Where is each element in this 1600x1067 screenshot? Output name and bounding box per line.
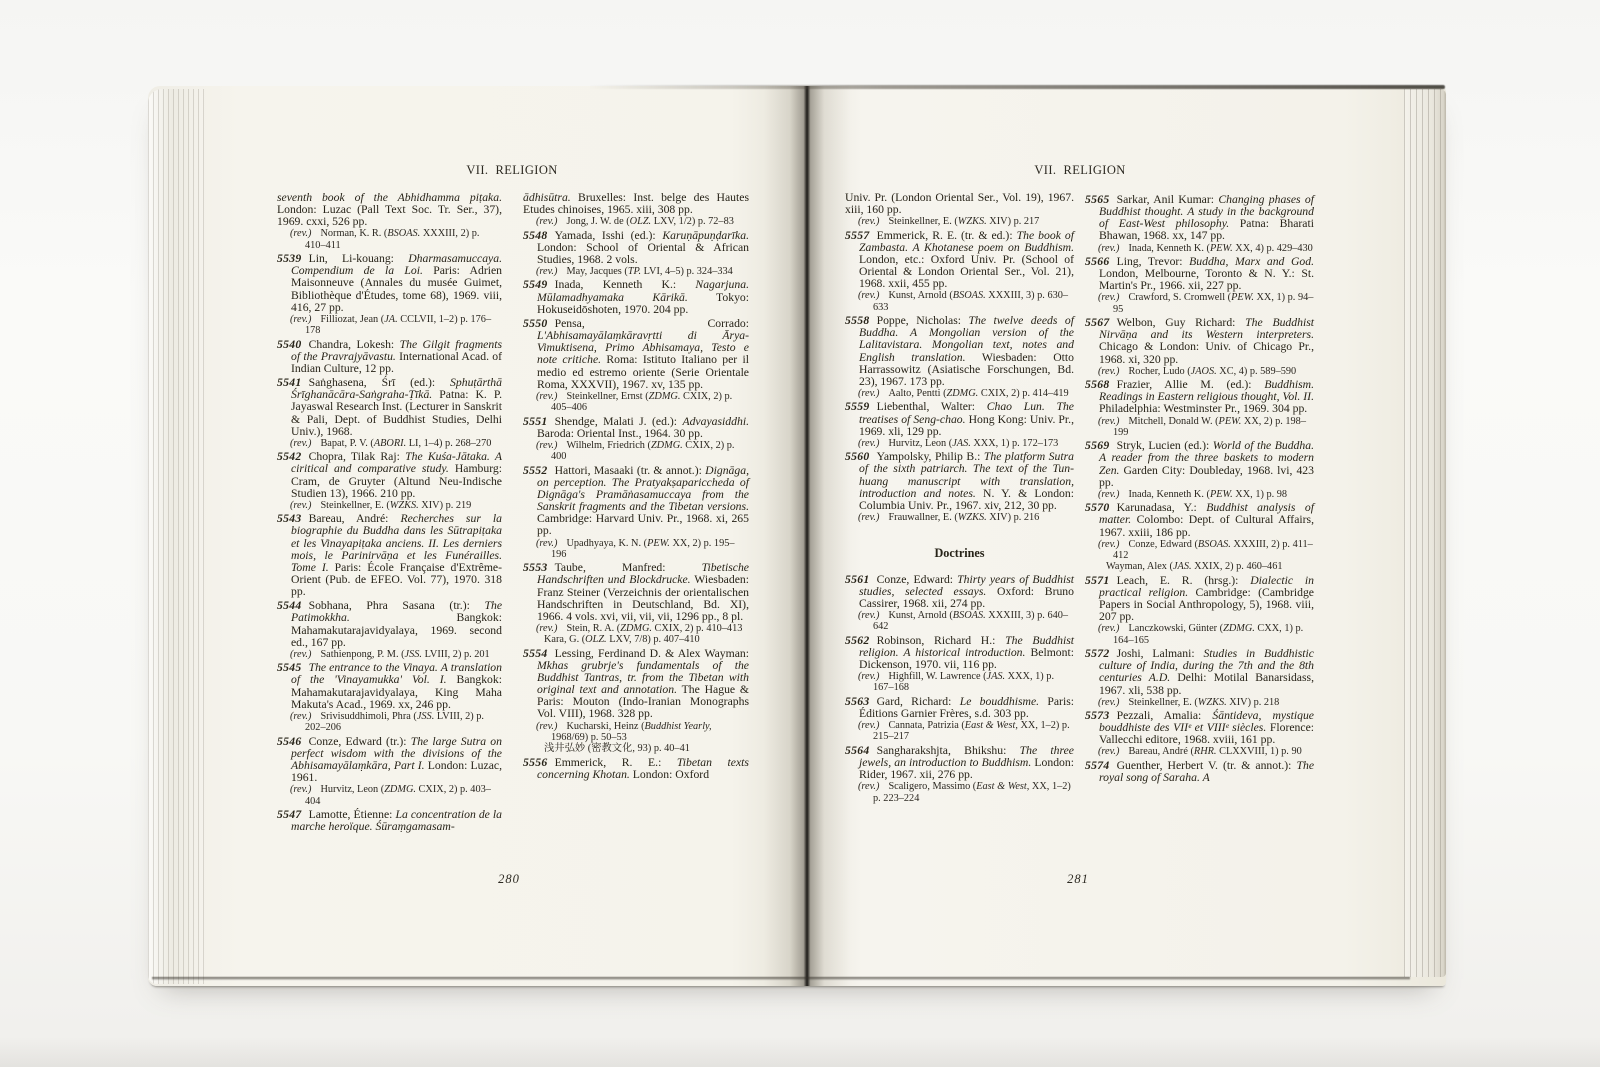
review-line: (rev.)Steinkellner, E. (WZKS. XIV) p. 21… [277, 500, 502, 511]
text-segment: 5560 [845, 450, 870, 463]
text-segment: ZDMG. [649, 391, 681, 402]
text-segment: ABORI. [374, 438, 406, 449]
text-segment: Emmerick, R. E.: [555, 756, 677, 769]
text-segment: (rev.) [858, 216, 879, 227]
text-segment: Le bouddhisme. [960, 695, 1039, 708]
text-segment: XC, 4) p. 589–590 [1217, 366, 1297, 377]
text-segment: (rev.) [858, 720, 879, 731]
text-segment: Kucharski, Heinz ( [566, 721, 644, 732]
text-segment: (rev.) [536, 538, 557, 549]
text-segment: Cannata, Patrizia ( [888, 720, 964, 731]
text-segment: 1968/69) p. 50–53 [551, 732, 627, 743]
bibliography-entry: 5552Hattori, Masaaki (tr. & annot.): Dig… [523, 465, 749, 538]
review-line: (rev.)Aalto, Pentti (ZDMG. CXIX, 2) p. 4… [845, 388, 1074, 399]
text-segment: 5551 [523, 415, 548, 428]
review-line: (rev.)Norman, K. R. (BSOAS. XXXIII, 2) p… [277, 228, 502, 251]
right-page-edge-stack [1404, 89, 1446, 977]
text-segment: Frauwallner, E. ( [888, 512, 957, 523]
text-segment: ādhisūtra. [523, 191, 571, 204]
bibliography-entry: 5541Saṅghasena, Śrī (ed.): Sphuṭārthā Śr… [277, 377, 502, 438]
text-segment: 5566 [1085, 255, 1110, 268]
text-segment: (rev.) [1098, 489, 1119, 500]
text-segment: 5568 [1085, 378, 1110, 391]
text-segment: Sathienpong, P. M. ( [320, 649, 404, 660]
text-segment: LVI, 4–5) p. 324–334 [641, 266, 733, 277]
review-line: (rev.)Steinkellner, E. (WZKS. XIV) p. 21… [1085, 697, 1314, 708]
text-segment: Lessing, Ferdinand D. & Alex Wayman: [555, 647, 749, 660]
text-segment: Lamotte, Étienne: [309, 808, 396, 821]
text-segment: PEW. [647, 538, 670, 549]
text-segment: Hattori, Masaaki (tr. & annot.): [555, 464, 706, 477]
bibliography-entry: 5545The entrance to the Vinaya. A transl… [277, 662, 502, 711]
text-segment: Leach, E. R. (hrsg.): [1117, 574, 1251, 587]
review-line: (rev.)Kunst, Arnold (BSOAS. XXXIII, 3) p… [845, 610, 1074, 633]
review-line: (rev.)Sathienpong, P. M. (JSS. LVIII, 2)… [277, 649, 502, 660]
text-segment: 5546 [277, 735, 302, 748]
text-segment: Philadelphia: Westminster Pr., 1969. 304… [1099, 402, 1307, 415]
bibliography-entry: 5544Sobhana, Phra Sasana (tr.): The Pati… [277, 600, 502, 649]
text-segment: Wayman, Alex ( [1106, 561, 1173, 572]
text-segment: Inada, Kenneth K. ( [1128, 243, 1210, 254]
bibliography-entry: 5540Chandra, Lokesh: The Gilgit fragment… [277, 339, 502, 375]
text-segment: Steinkellner, E. ( [888, 216, 957, 227]
bibliography-entry: 5567Welbon, Guy Richard: The Buddhist Ni… [1085, 317, 1314, 366]
text-segment: LXV, 7/8) p. 407–410 [607, 634, 700, 645]
text-segment: (rev.) [536, 623, 557, 634]
text-segment: 5548 [523, 229, 548, 242]
review-line: (rev.)Upadhyaya, K. N. (PEW. XX, 2) p. 1… [523, 538, 749, 561]
text-segment: Pezzali, Amalia: [1117, 709, 1213, 722]
text-segment: Emmerick, R. E. (tr. & ed.): [877, 229, 1017, 242]
text-segment: PEW. [1210, 243, 1233, 254]
text-segment: Buddha, Marx and God. [1189, 255, 1314, 268]
book-gutter-shadow [764, 86, 850, 986]
text-segment: London: Oxford [630, 768, 709, 781]
text-segment: Conze, Edward: [877, 573, 958, 586]
text-segment: (rev.) [1098, 292, 1119, 303]
review-line: (rev.)Kunst, Arnold (BSOAS. XXXIII, 3) p… [845, 290, 1074, 313]
text-segment: Pensa, Corrado: [555, 317, 749, 330]
text-segment: (rev.) [858, 610, 879, 621]
text-segment: London: School of Oriental & African Stu… [537, 241, 749, 266]
bibliography-entry: 5549Inada, Kenneth K.: Nagarjuna. Mūlama… [523, 279, 749, 315]
review-line: (rev.)Cannata, Patrizia (East & West, XX… [845, 720, 1074, 743]
text-segment: Lin, Li-kouang: [309, 252, 409, 265]
text-segment: 5550 [523, 317, 548, 330]
text-segment: JAS. [987, 671, 1006, 682]
bibliography-entry: 5561Conze, Edward: Thirty years of Buddh… [845, 574, 1074, 610]
text-segment: JA. [384, 314, 397, 325]
review-line: (rev.)May, Jacques (TP. LVI, 4–5) p. 324… [523, 266, 749, 277]
text-segment: Colombo: Dept. of Cultural Affairs, 1967… [1099, 513, 1314, 538]
text-segment: XIV) p. 218 [1227, 697, 1280, 708]
text-segment: Cambridge: Harvard Univ. Pr., 1968. xi, … [537, 512, 749, 537]
text-segment: Buddhist Yearly, [645, 721, 712, 732]
text-segment: Shendge, Malati J. (ed.): [555, 415, 683, 428]
review-line: (rev.)Scaligero, Massimo (East & West, X… [845, 781, 1074, 804]
review-line: (rev.)Stein, R. A. (ZDMG. CXIX, 2) p. 41… [523, 623, 749, 634]
bibliography-entry: 5571Leach, E. R. (hrsg.): Dialectic in p… [1085, 575, 1314, 624]
text-segment: 5572 [1085, 647, 1110, 660]
text-segment: Stryk, Lucien (ed.): [1117, 439, 1213, 452]
text-segment: 5542 [277, 450, 302, 463]
text-segment: WZKS. [958, 512, 987, 523]
text-segment: (rev.) [1098, 539, 1119, 550]
text-segment: Taube, Manfred: [555, 561, 702, 574]
text-segment: WZKS. [958, 216, 987, 227]
text-segment: Inada, Kenneth K.: [555, 278, 696, 291]
text-segment: Crawford, S. Cromwell ( [1128, 292, 1231, 303]
bibliography-entry: 5557Emmerick, R. E. (tr. & ed.): The boo… [845, 230, 1074, 291]
text-segment: Hurvitz, Leon ( [320, 784, 384, 795]
text-segment: 5570 [1085, 501, 1110, 514]
text-segment: JSS. [417, 711, 434, 722]
text-segment: (rev.) [536, 391, 557, 402]
text-segment: PEW. [1210, 489, 1233, 500]
text-segment: XIV) p. 219 [419, 500, 472, 511]
review-line: (rev.)Bareau, André (RHR. CLXXVIII, 1) p… [1085, 746, 1314, 757]
text-segment: Welbon, Guy Richard: [1117, 316, 1246, 329]
review-line: (rev.)Bapat, P. V. (ABORI. LI, 1–4) p. 2… [277, 438, 502, 449]
text-segment: seventh book of the Abhidhamma piṭaka. [277, 191, 502, 204]
entry-continuation: seventh book of the Abhidhamma piṭaka. L… [277, 192, 502, 228]
text-segment: (rev.) [536, 266, 557, 277]
text-segment: (rev.) [1098, 243, 1119, 254]
text-segment: 5545 [277, 661, 302, 674]
review-line: (rev.)Srivisuddhimoli, Phra (JSS. LVIII,… [277, 711, 502, 734]
review-line: (rev.)Wilhelm, Friedrich (ZDMG. CXIX, 2)… [523, 440, 749, 463]
bibliography-entry: 5563Gard, Richard: Le bouddhisme. Paris:… [845, 696, 1074, 720]
text-segment: (rev.) [858, 290, 879, 301]
bibliography-entry: 5558Poppe, Nicholas: The twelve deeds of… [845, 315, 1074, 388]
text-segment: Bapat, P. V. ( [320, 438, 373, 449]
text-segment: Inada, Kenneth K. ( [1128, 489, 1210, 500]
bibliography-entry: 5553Taube, Manfred: Tibetische Handschri… [523, 562, 749, 623]
bibliography-entry: 5539Lin, Li-kouang: Dharmasamuccaya. Com… [277, 253, 502, 314]
text-segment: BSOAS. [1198, 539, 1231, 550]
text-segment: ZDMG. [1223, 623, 1255, 634]
bibliography-entry: 5565Sarkar, Anil Kumar: Changing phases … [1085, 194, 1314, 243]
entry-continuation: ādhisūtra. Bruxelles: Inst. belge des Ha… [523, 192, 749, 216]
text-segment: Jong, J. W. de ( [566, 216, 629, 227]
text-segment: Hurvitz, Leon ( [888, 438, 952, 449]
bibliography-entry: 5566Ling, Trevor: Buddha, Marx and God. … [1085, 256, 1314, 292]
text-segment: Chandra, Lokesh: [309, 338, 400, 351]
entry-continuation: Univ. Pr. (London Oriental Ser., Vol. 19… [845, 192, 1074, 216]
text-segment: London, etc.: Oxford Univ. Pr. (School o… [859, 253, 1074, 290]
text-segment: XX, 4) p. 429–430 [1233, 243, 1313, 254]
bibliography-entry: 5574Guenther, Herbert V. (tr. & annot.):… [1085, 760, 1314, 784]
text-segment: Upadhyaya, K. N. ( [566, 538, 647, 549]
left-page-column-1: seventh book of the Abhidhamma piṭaka. L… [277, 192, 502, 833]
text-segment: ZDMG. [651, 440, 683, 451]
text-segment: Univ. Pr. (London Oriental Ser., Vol. 19… [845, 191, 1074, 216]
bibliography-entry: 5568Frazier, Allie M. (ed.): Buddhism. R… [1085, 379, 1314, 415]
text-segment: Yamada, Isshi (ed.): [555, 229, 663, 242]
text-segment: Sangharakshjta, Bhikshu: [877, 744, 1020, 757]
review-line: (rev.)Mitchell, Donald W. (PEW. XX, 2) p… [1085, 416, 1314, 439]
text-segment: Gard, Richard: [877, 695, 960, 708]
text-segment: 5556 [523, 756, 548, 769]
review-line: (rev.)Kucharski, Heinz (Buddhist Yearly,… [523, 721, 749, 744]
text-segment: JAS. [952, 438, 971, 449]
text-segment: East & West, [976, 781, 1029, 792]
review-line: (rev.)Frauwallner, E. (WZKS. XIV) p. 216 [845, 512, 1074, 523]
left-page-column-2: ādhisūtra. Bruxelles: Inst. belge des Ha… [523, 192, 749, 781]
review-line: (rev.)Hurvitz, Leon (JAS. XXX, 1) p. 172… [845, 438, 1074, 449]
bibliography-entry: 5550Pensa, Corrado: L'Abhisamayālaṃkārav… [523, 318, 749, 391]
text-segment: Doctrines [934, 546, 984, 560]
bibliography-entry: 5572Joshi, Lalmani: Studies in Buddhisti… [1085, 648, 1314, 697]
text-segment: WZKS. [1198, 697, 1227, 708]
book-bottom-edge [152, 977, 1410, 980]
text-segment: 5563 [845, 695, 870, 708]
review-line: (rev.)Highfill, W. Lawrence (JAS. XXX, 1… [845, 671, 1074, 694]
text-segment: XX, 1) p. 98 [1233, 489, 1287, 500]
text-segment: Srivisuddhimoli, Phra ( [320, 711, 416, 722]
text-segment: ZDMG. [620, 623, 652, 634]
text-segment: (rev.) [858, 512, 879, 523]
review-line: (rev.)Lanczkowski, Günter (ZDMG. CXX, 1)… [1085, 623, 1314, 646]
running-head-right: VII. RELIGION [845, 163, 1315, 178]
text-segment: Filliozat, Jean ( [320, 314, 384, 325]
review-line: (rev.)Hurvitz, Leon (ZDMG. CXIX, 2) p. 4… [277, 784, 502, 807]
text-segment: XIV) p. 217 [987, 216, 1040, 227]
right-page-column-1: Univ. Pr. (London Oriental Ser., Vol. 19… [845, 192, 1074, 804]
text-segment: 浅井弘妙 (密教文化, 93) p. 40–41 [544, 743, 690, 754]
text-segment: PEW. [1231, 292, 1254, 303]
page-number-left: 280 [274, 872, 744, 887]
text-segment: 5553 [523, 561, 548, 574]
text-segment: East & West, [965, 720, 1018, 731]
review-line: (rev.)Conze, Edward (BSOAS. XXXIII, 2) p… [1085, 539, 1314, 562]
bibliography-entry: 5556Emmerick, R. E.: Tibetan texts conce… [523, 757, 749, 781]
text-segment: (rev.) [536, 216, 557, 227]
text-segment: 5574 [1085, 759, 1110, 772]
text-segment: 5540 [277, 338, 302, 351]
text-segment: 5554 [523, 647, 548, 660]
text-segment: Scaligero, Massimo ( [888, 781, 976, 792]
review-line: (rev.)Steinkellner, E. (WZKS. XIV) p. 21… [845, 216, 1074, 227]
bibliography-entry: 5548Yamada, Isshi (ed.): Karuṇāpuṇḍarīka… [523, 230, 749, 266]
bibliography-entry: 5564Sangharakshjta, Bhikshu: The three j… [845, 745, 1074, 781]
text-segment: CXIX, 2) p. 410–413 [652, 623, 742, 634]
text-segment: 5549 [523, 278, 548, 291]
text-segment: Karunadasa, Y.: [1117, 501, 1207, 514]
text-segment: 5567 [1085, 316, 1110, 329]
text-segment: May, Jacques ( [566, 266, 627, 277]
text-segment: Highfill, W. Lawrence ( [888, 671, 986, 682]
text-segment: WZKS. [390, 500, 419, 511]
review-line: (rev.)Jong, J. W. de (OLZ. LXV, 1/2) p. … [523, 216, 749, 227]
text-segment: Conze, Edward (tr.): [309, 735, 411, 748]
text-segment: BSOAS. [953, 290, 986, 301]
text-segment: Kara, G. ( [544, 634, 585, 645]
text-segment: Baroda: Oriental Inst., 1964. 30 pp. [537, 427, 703, 440]
review-line-secondary: 浅井弘妙 (密教文化, 93) p. 40–41 [523, 743, 749, 754]
running-head-left: VII. RELIGION [277, 163, 747, 178]
text-segment: LI, 1–4) p. 268–270 [406, 438, 491, 449]
review-line: (rev.)Rocher, Ludo (JAOS. XC, 4) p. 589–… [1085, 366, 1314, 377]
text-segment: 5571 [1085, 574, 1110, 587]
text-segment: Kunst, Arnold ( [888, 610, 952, 621]
text-segment: (rev.) [1098, 416, 1119, 427]
page-number-right: 281 [843, 872, 1313, 887]
review-line-secondary: Wayman, Alex (JAS. XXIX, 2) p. 460–461 [1085, 561, 1314, 572]
bibliography-entry: 5573Pezzali, Amalia: Śāntideva, mystique… [1085, 710, 1314, 746]
text-segment: (rev.) [858, 438, 879, 449]
text-segment: OLZ. [585, 634, 606, 645]
bibliography-entry: 5551Shendge, Malati J. (ed.): Advayasidd… [523, 416, 749, 440]
text-segment: 5547 [277, 808, 302, 821]
text-segment: Ling, Trevor: [1117, 255, 1190, 268]
text-segment: (rev.) [536, 721, 557, 732]
right-page-column-2: 5565Sarkar, Anil Kumar: Changing phases … [1085, 192, 1314, 784]
text-segment: LXV, 1/2) p. 72–83 [651, 216, 734, 227]
text-segment: RHR. [1194, 746, 1217, 757]
text-segment: Aalto, Pentti ( [888, 388, 946, 399]
text-segment: Sarkar, Anil Kumar: [1117, 193, 1219, 206]
text-segment: Steinkellner, E. ( [1128, 697, 1197, 708]
bibliography-entry: 5554Lessing, Ferdinand D. & Alex Wayman:… [523, 648, 749, 721]
text-segment: PEW. [1219, 416, 1242, 427]
text-segment: LVIII, 2) p. 201 [422, 649, 490, 660]
bibliography-entry: 5543Bareau, André: Recherches sur la bio… [277, 513, 502, 598]
text-segment: Frazier, Allie M. (ed.): [1117, 378, 1265, 391]
text-segment: Chopra, Tilak Raj: [309, 450, 406, 463]
text-segment: 5564 [845, 744, 870, 757]
text-segment: JAS. [1173, 561, 1192, 572]
text-segment: Yampolsky, Philip B.: [877, 450, 984, 463]
text-segment: (rev.) [290, 314, 311, 325]
text-segment: Joshi, Lalmani: [1117, 647, 1204, 660]
bibliography-entry: 5562Robinson, Richard H.: The Buddhist r… [845, 635, 1074, 671]
text-segment: Robinson, Richard H.: [877, 634, 1006, 647]
text-segment: Kunst, Arnold ( [888, 290, 952, 301]
text-segment: (rev.) [858, 388, 879, 399]
text-segment: (rev.) [290, 711, 311, 722]
text-segment: 5544 [277, 599, 302, 612]
left-page-edge-stack [148, 89, 204, 984]
text-segment: (rev.) [1098, 623, 1119, 634]
text-segment: 5562 [845, 634, 870, 647]
text-segment: XXX, 1) p. 172–173 [971, 438, 1059, 449]
text-segment: Mitchell, Donald W. ( [1128, 416, 1218, 427]
bibliography-entry: 5569Stryk, Lucien (ed.): World of the Bu… [1085, 440, 1314, 489]
review-line: (rev.)Inada, Kenneth K. (PEW. XX, 1) p. … [1085, 489, 1314, 500]
text-segment: ZDMG. [947, 388, 979, 399]
text-segment: CXIX, 2) p. 414–419 [978, 388, 1068, 399]
text-segment: 5565 [1085, 193, 1110, 206]
text-segment: Lanczkowski, Günter ( [1128, 623, 1223, 634]
text-segment: JAOS. [1191, 366, 1217, 377]
review-line: (rev.)Inada, Kenneth K. (PEW. XX, 4) p. … [1085, 243, 1314, 254]
text-segment: (rev.) [858, 781, 879, 792]
text-segment: (rev.) [1098, 366, 1119, 377]
text-segment: 5573 [1085, 709, 1110, 722]
review-line: (rev.)Steinkellner, Ernst (ZDMG. CXIX, 2… [523, 391, 749, 414]
review-line: (rev.)Crawford, S. Cromwell (PEW. XX, 1)… [1085, 292, 1314, 315]
text-segment: (rev.) [290, 649, 311, 660]
text-segment: Steinkellner, Ernst ( [566, 391, 648, 402]
text-segment: (rev.) [1098, 746, 1119, 757]
text-segment: (rev.) [290, 438, 311, 449]
bibliography-entry: 5570Karunadasa, Y.: Buddhist analysis of… [1085, 502, 1314, 538]
text-segment: Sobhana, Phra Sasana (tr.): [309, 599, 485, 612]
text-segment: (rev.) [1098, 697, 1119, 708]
text-segment: TP. [628, 266, 641, 277]
text-segment: Stein, R. A. ( [566, 623, 620, 634]
text-segment: Conze, Edward ( [1128, 539, 1197, 550]
text-segment: Steinkellner, E. ( [320, 500, 389, 511]
text-segment: 5561 [845, 573, 870, 586]
text-segment: 5559 [845, 400, 870, 413]
text-segment: CLXXVIII, 1) p. 90 [1217, 746, 1302, 757]
text-segment: Guenther, Herbert V. (tr. & annot.): [1117, 759, 1297, 772]
text-segment: Wilhelm, Friedrich ( [566, 440, 651, 451]
text-segment: London, Melbourne, Toronto & N. Y.: St. … [1099, 267, 1314, 292]
bibliography-entry: 5546Conze, Edward (tr.): The large Sutra… [277, 736, 502, 785]
bibliography-entry: 5542Chopra, Tilak Raj: The Kuśa-Jātaka. … [277, 451, 502, 500]
text-segment: (rev.) [858, 671, 879, 682]
text-segment: Norman, K. R. ( [320, 228, 387, 239]
text-segment: 5552 [523, 464, 548, 477]
text-segment: Chicago & London: Univ. of Chicago Pr., … [1099, 340, 1314, 365]
text-segment: (rev.) [290, 500, 311, 511]
text-segment: 5557 [845, 229, 870, 242]
text-segment: OLZ. [630, 216, 651, 227]
section-heading: Doctrines [845, 547, 1074, 559]
text-segment: Karuṇāpuṇḍarīka. [662, 229, 749, 242]
text-segment: (rev.) [290, 784, 311, 795]
text-segment: 5569 [1085, 439, 1110, 452]
text-segment: Rocher, Ludo ( [1128, 366, 1190, 377]
text-segment: XIV) p. 216 [987, 512, 1040, 523]
text-segment: ZDMG. [384, 784, 416, 795]
text-segment: 5558 [845, 314, 870, 327]
text-segment: Bareau, André: [309, 512, 401, 525]
review-line-secondary: Kara, G. (OLZ. LXV, 7/8) p. 407–410 [523, 634, 749, 645]
text-segment: Garden City: Doubleday, 1968. lvi, 423 p… [1099, 464, 1314, 489]
text-segment: JSS. [405, 649, 422, 660]
text-segment: Liebenthal, Walter: [877, 400, 987, 413]
text-segment: London: Luzac (Pall Text Soc. Tr. Ser., … [277, 203, 502, 228]
text-segment: (rev.) [290, 228, 311, 239]
review-line: (rev.)Filliozat, Jean (JA. CCLVII, 1–2) … [277, 314, 502, 337]
text-segment: Bareau, André ( [1128, 746, 1193, 757]
photo-of-open-book: { "book": { "left_page": { "header": "VI… [0, 0, 1600, 1067]
bibliography-entry: 5560Yampolsky, Philip B.: The platform S… [845, 451, 1074, 512]
text-segment: Poppe, Nicholas: [877, 314, 969, 327]
bibliography-entry: 5547Lamotte, Étienne: La concentration d… [277, 809, 502, 833]
text-segment: 5539 [277, 252, 302, 265]
text-segment: BSOAS. [387, 228, 420, 239]
text-segment: Advayasiddhi. [682, 415, 749, 428]
text-segment: BSOAS. [953, 610, 986, 621]
text-segment: XXIX, 2) p. 460–461 [1192, 561, 1283, 572]
bibliography-entry: 5559Liebenthal, Walter: Chao Lun. The tr… [845, 401, 1074, 437]
book-top-edge [589, 85, 1445, 89]
text-segment: 5543 [277, 512, 302, 525]
text-segment: (rev.) [536, 440, 557, 451]
